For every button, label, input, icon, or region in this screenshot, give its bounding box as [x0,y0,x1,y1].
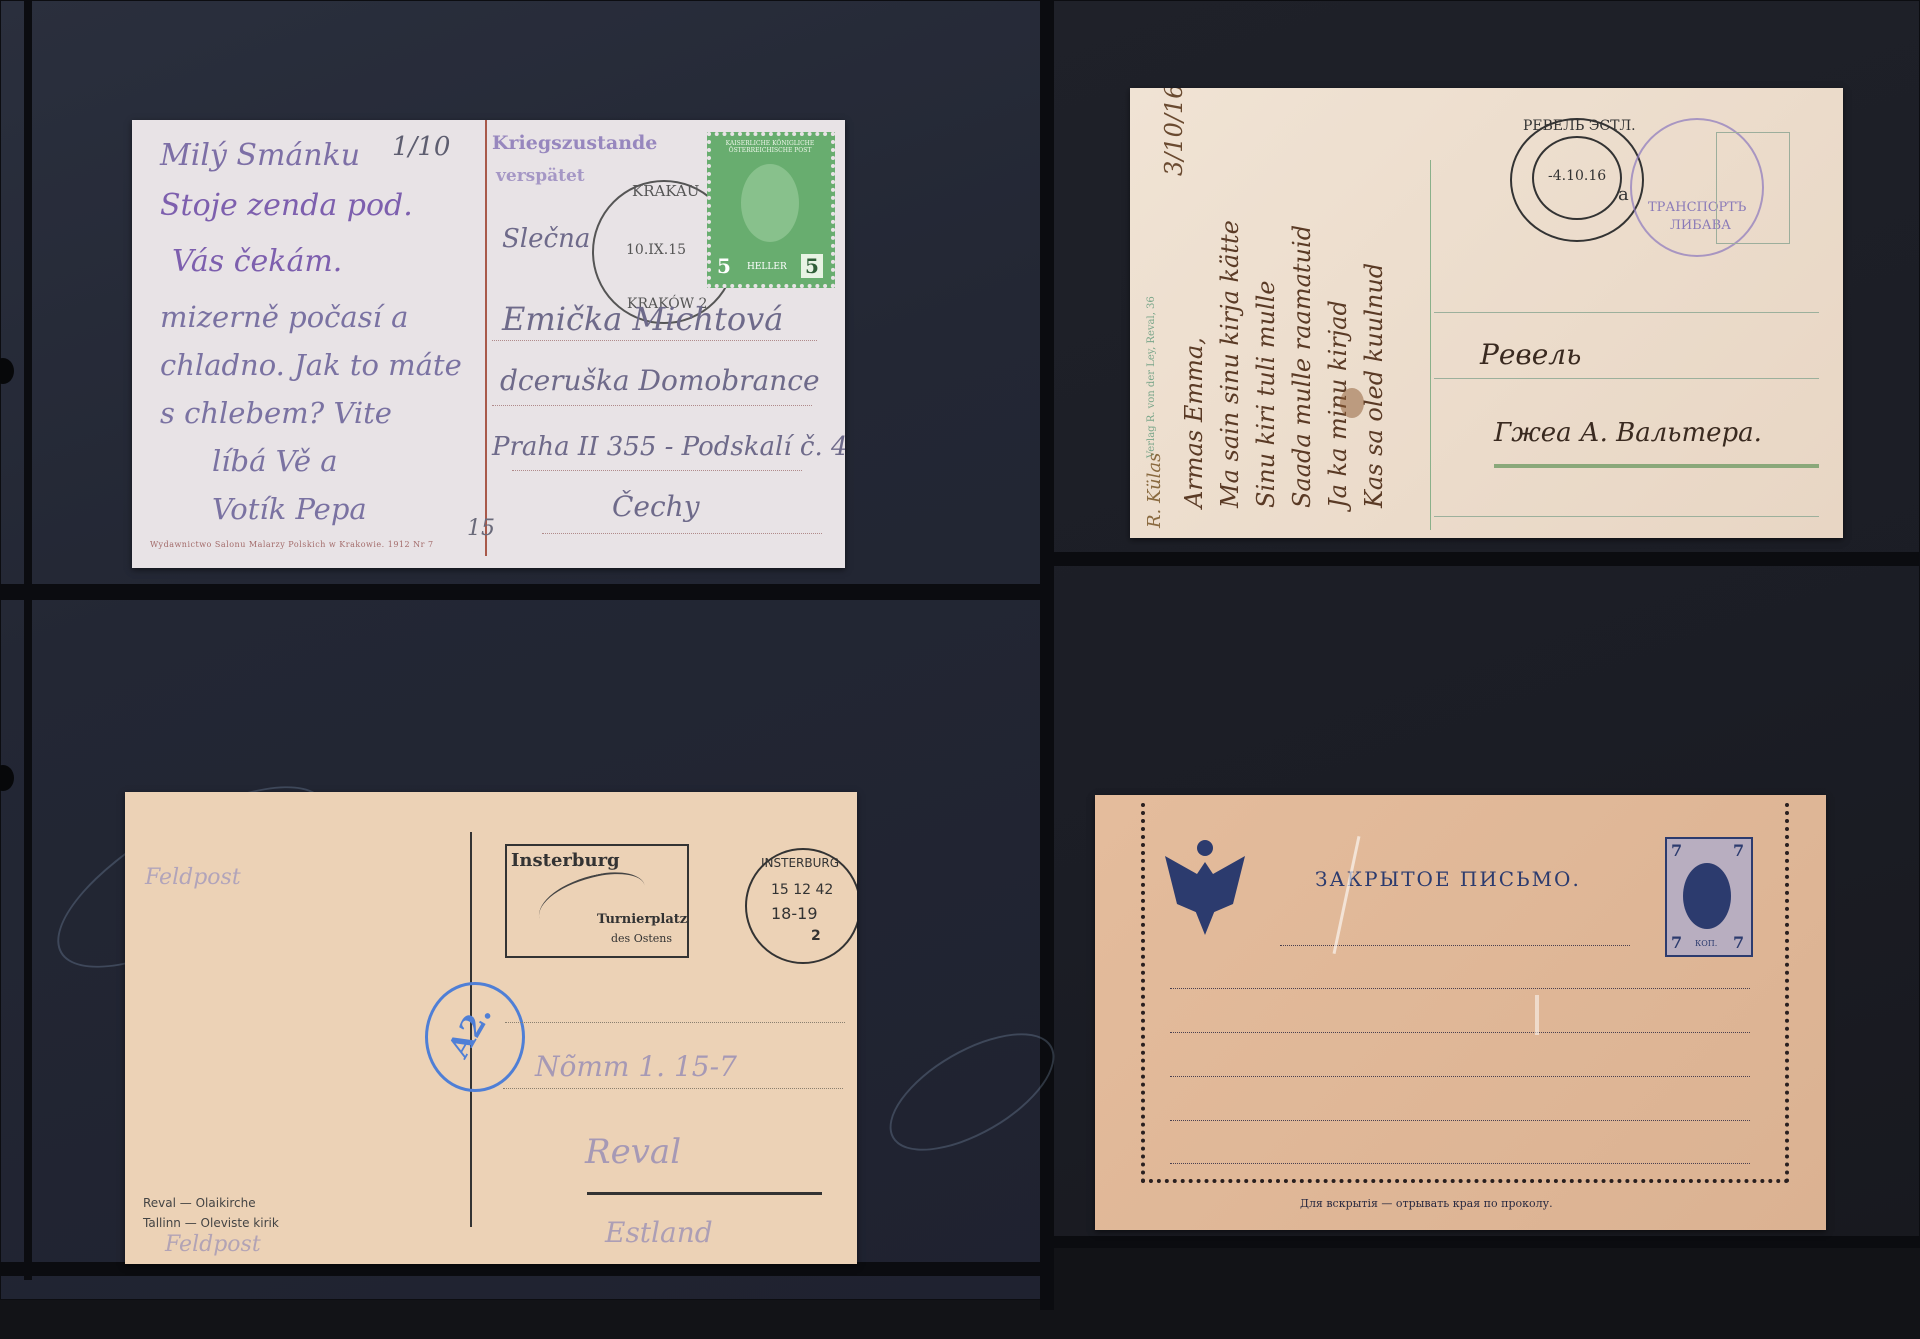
handwriting-line: chladno. Jak to máte [160,348,462,382]
date-mark: 1/10 [392,132,450,162]
russian-letter-card[interactable]: ЗАКРЫТОЕ ПИСЬМО. 7 7 7 КОП. 7 Для вскрыт… [1095,795,1826,1230]
double-headed-eagle-icon [1165,840,1245,935]
writing-line [1170,1076,1750,1077]
censor-stamp-line1: Kriegszustande [492,132,657,154]
pocket-divider-horizontal-right [1054,552,1920,566]
faint-pencil-message: Feldpost [145,862,445,894]
pocket-bottom-edge-left [0,1262,1040,1276]
postmark-town: KRAKAU [632,182,699,200]
address-line: Гжеа А. Вальтера. [1494,418,1762,448]
postmark-date: 10.IX.15 [626,242,686,258]
pocket-bottom-edge-right [1054,1236,1920,1248]
message-line: Armas Emma, [1180,337,1208,508]
margin-note: 15 [467,516,495,541]
card-title: ЗАКРЫТОЕ ПИСЬМО. [1315,867,1581,891]
stamp-unit: HELLER [747,262,787,272]
message-line: Ma sain sinu kirja kätte [1216,220,1244,508]
pencil-note: Feldpost [145,865,241,890]
writing-line [1170,988,1750,989]
handwriting-line: líbá Vě a [212,444,338,478]
center-divider-line [485,120,487,556]
message-line: Saada mulle raamatuid [1288,225,1316,508]
stamp-value-bl: 7 [1671,933,1682,952]
stamp-text: KAISERLICHE KÖNIGLICHE ÖSTERREICHISCHE P… [715,140,825,154]
address-rule [1434,312,1819,313]
caption-line1: Reval — Olaikirche [143,1196,256,1210]
postmark-town: РЕВЕЛЬ ЭСТЛ. [1523,118,1636,134]
publisher-imprint: Verlag R. von der Ley, Reval, 36 [1146,296,1157,458]
ink-stain [1340,388,1364,418]
slogan-title: Insterburg [511,850,620,871]
censor-stamp-line2: verspätet [496,166,585,186]
jumping-horse-icon [533,865,651,939]
address-line: Estland [605,1216,713,1249]
writing-line [1170,1163,1750,1164]
address-rule-green [1494,464,1819,468]
message-line: Sinu kiri tuli mulle [1252,280,1280,508]
address-line: Emička Michtová [502,300,783,338]
pocket-divider-vertical-left [24,0,32,1280]
writing-line [1170,1120,1750,1121]
postmark-time: 18-19 [771,904,818,923]
eagle-oval [1683,863,1731,929]
address-rule [1434,516,1819,517]
handwriting-line: s chlebem? Vite [160,396,392,430]
postmark-letter: а [1618,184,1629,205]
stamp-unit: КОП. [1695,939,1717,948]
address-rule [1434,378,1819,379]
emperor-portrait [741,164,799,242]
stamp-value-left: 5 [717,254,731,278]
address-line: Praha II 355 - Podskalí č. 45 [492,432,845,462]
caption-line2: Tallinn — Oleviste kirik [143,1216,279,1230]
signature: Votík Pepa [212,492,367,526]
postcard-insterburg-1942[interactable]: Feldpost Insterburg Turnierplatz des Ost… [125,792,857,1264]
slogan-cancel-box: Insterburg Turnierplatz des Ostens [505,844,689,958]
plastic-glare [1535,995,1539,1035]
center-divider-line [1430,160,1431,530]
pocket-divider-horizontal-left [0,584,1050,600]
address-rule [505,1022,845,1023]
sender-name: R. Külas [1144,453,1165,528]
postmark-number: 2 [811,928,821,944]
stamp-box [1716,132,1790,244]
address-line: dceruška Domobrance [500,364,820,397]
postmark-date: 15 12 42 [771,882,833,898]
handwriting-line: mizerně počasí a [160,300,408,334]
address-rule-bold [587,1192,822,1195]
handwritten-date: 3/10/16 [1160,88,1188,176]
postcard-reval-1916[interactable]: Verlag R. von der Ley, Reval, 36 R. Küla… [1130,88,1843,538]
address-rule [503,1088,843,1089]
address-line: Reval [585,1132,681,1172]
postcard-krakow-1915[interactable]: Milý Smánku 1/10 Stoje zenda pod. Vás če… [132,120,845,568]
publisher-imprint: Wydawnictwo Salonu Malarzy Polskich w Kr… [150,540,434,549]
slogan-line1: Turnierplatz [597,912,687,927]
address-rule [542,533,822,534]
writing-line [1170,1032,1750,1033]
address-rule [492,340,817,341]
postage-stamp-5-heller: KAISERLICHE KÖNIGLICHE ÖSTERREICHISCHE P… [707,132,835,288]
address-line: Ревель [1480,338,1581,371]
handwriting-line: Stoje zenda pod. [160,188,413,223]
writing-line [1280,945,1630,946]
footer-pencil: Feldpost [165,1232,261,1257]
address-line: Nõmm 1. 15-7 [535,1050,737,1083]
pocket-divider-vertical-center [1040,0,1054,1310]
postage-stamp-7-kopek: 7 7 7 КОП. 7 [1665,837,1753,957]
stamp-value-right: 5 [801,254,823,278]
message-line: Kas sa oled kuulnud [1360,263,1388,508]
handwriting-line: Vás čekám. [172,244,342,279]
slogan-line2: des Ostens [611,932,672,945]
handwriting-line: Milý Smánku [160,138,360,173]
address-rule [512,470,802,471]
postmark-town: INSTERBURG [761,856,839,870]
stamp-value-tl: 7 [1671,841,1682,860]
address-rule [492,405,812,406]
postmark-date: -4.10.16 [1548,168,1606,184]
stamp-value-tr: 7 [1733,841,1744,860]
opening-instruction: Для вскрытія — отрывать края по проколу. [1300,1197,1553,1210]
address-line: Čechy [612,490,700,523]
address-line: Slečna [502,224,590,254]
stamp-value-br: 7 [1733,933,1744,952]
